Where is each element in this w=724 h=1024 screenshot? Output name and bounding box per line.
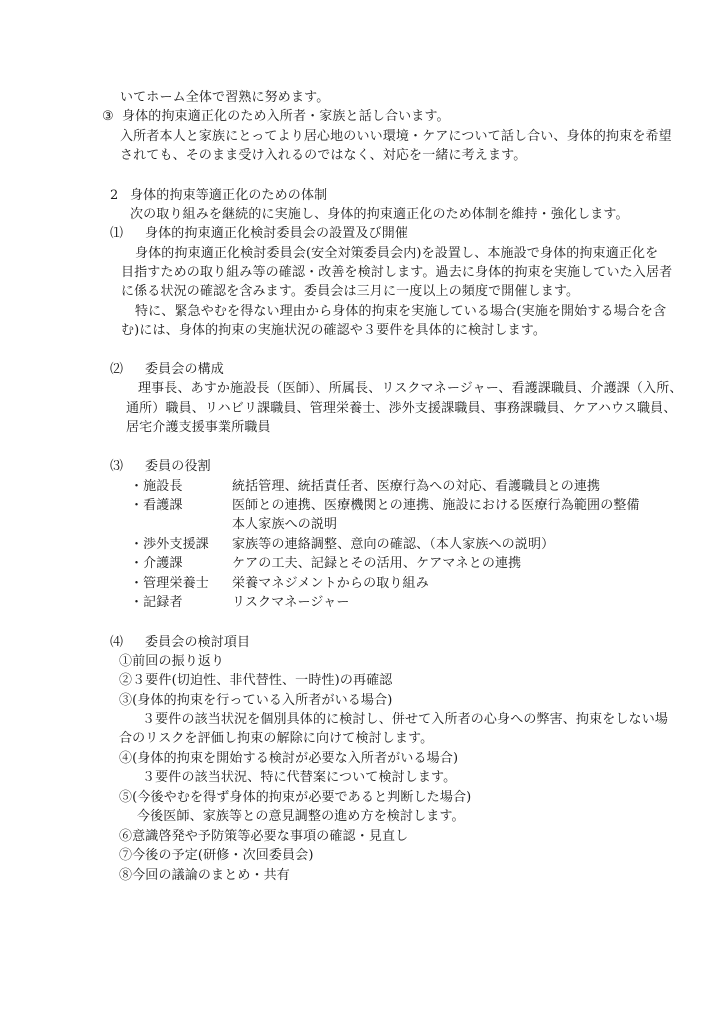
- section2-title: 身体的拘束等適正化のための体制: [130, 188, 327, 204]
- sub1-body-line: 目指すための取り組み等の確認・改善を検討します。過去に身体的拘束を実施していた入…: [121, 265, 672, 281]
- item3-title: 身体的拘束適正化のため入所者・家族と話し合います。: [122, 109, 450, 125]
- section2-number: 2: [110, 188, 118, 204]
- role-name: ・渉外支援課: [130, 537, 209, 553]
- sub2-title: 委員会の構成: [145, 362, 224, 378]
- section2-lead: 次の取り組みを継続的に実施し、身体的拘束適正化のため体制を維持・強化します。: [130, 207, 629, 223]
- sub1-body-line: 特に、緊急やむを得ない理由から身体的拘束を実施している場合(実施を開始する場合を…: [135, 304, 666, 320]
- review-item: ⑦今後の予定(研修・次回委員会): [119, 848, 314, 864]
- sub2-body-line: 居宅介護支援事業所職員: [126, 420, 271, 436]
- role-name: ・介護課: [130, 556, 183, 572]
- intro-continuation: いてホーム全体で習熟に努めます。: [120, 90, 329, 106]
- sub2-body-line: 通所）職員、リハビリ課職員、管理栄養士、渉外支援課職員、事務課職員、ケアハウス職…: [126, 401, 676, 417]
- sub2-body-line: 理事長、あすか施設長（医師）、所属長、リスクマネージャー、看護課職員、介護課（入…: [138, 381, 683, 397]
- role-duty: 本人家族への説明: [232, 517, 337, 533]
- review-item-detail: ３要件の該当状況を個別具体的に検討し、併せて入所者の心身への弊害、拘束をしない場: [142, 712, 668, 728]
- review-item: ⑤(今後やむを得ず身体的拘束が必要であると判断した場合): [119, 790, 471, 806]
- sub1-marker: ⑴: [110, 226, 123, 242]
- sub1-body-line: む)には、身体的拘束の実施状況の確認や３要件を具体的に検討します。: [121, 323, 546, 339]
- sub2-marker: ⑵: [110, 362, 123, 378]
- role-name: ・看護課: [130, 498, 183, 514]
- role-name: ・管理栄養士: [130, 576, 209, 592]
- role-name: ・施設長: [130, 479, 183, 495]
- sub1-body-line: に係る状況の確認を含みます。委員会は三月に一度以上の頻度で開催します。: [121, 284, 579, 300]
- role-duty: 医師との連携、医療機関との連携、施設における医療行為範囲の整備: [232, 498, 640, 514]
- role-duty: ケアの工夫、記録とその活用、ケアマネとの連携: [232, 556, 521, 572]
- item3-marker: ③: [102, 109, 114, 125]
- review-item: ④(身体的拘束を開始する検討が必要な入所者がいる場合): [119, 751, 458, 767]
- sub1-body-line: 身体的拘束適正化検討委員会(安全対策委員会内)を設置し、本施設で身体的拘束適正化…: [135, 246, 658, 262]
- review-item-detail: 今後医師、家族等との意見調整の進め方を検討します。: [137, 809, 465, 825]
- role-duty: 統括管理、統括責任者、医療行為への対応、看護職員との連携: [232, 479, 600, 495]
- review-item-detail: ３要件の該当状況、特に代替案について検討します。: [142, 770, 456, 786]
- role-duty: 栄養マネジメントからの取り組み: [232, 576, 429, 592]
- review-item: ①前回の振り返り: [119, 654, 224, 670]
- item3-body-line: されても、そのまま受け入れるのではなく、対応を一緒に考えます。: [120, 148, 526, 164]
- sub3-title: 委員の役割: [145, 459, 211, 475]
- review-item-detail: 合のリスクを評価し拘束の解除に向けて検討します。: [119, 731, 433, 747]
- review-item: ②３要件(切迫性、非代替性、一時性)の再確認: [119, 673, 392, 689]
- item3-body-line: 入所者本人と家族にとってより居心地のいい環境・ケアについて話し合い、身体的拘束を…: [120, 129, 672, 145]
- review-item: ③(身体的拘束を行っている入所者がいる場合): [119, 693, 392, 709]
- role-duty: 家族等の連絡調整、意向の確認、（本人家族への説明）: [232, 537, 554, 553]
- sub3-marker: ⑶: [110, 459, 123, 475]
- sub1-title: 身体的拘束適正化検討委員会の設置及び開催: [145, 226, 408, 242]
- sub4-marker: ⑷: [110, 635, 123, 651]
- role-duty: リスクマネージャー: [232, 595, 350, 611]
- sub4-title: 委員会の検討項目: [145, 635, 250, 651]
- review-item: ⑧今回の議論のまとめ・共有: [119, 868, 290, 884]
- review-item: ⑥意識啓発や予防策等必要な事項の確認・見直し: [119, 829, 408, 845]
- role-name: ・記録者: [130, 595, 183, 611]
